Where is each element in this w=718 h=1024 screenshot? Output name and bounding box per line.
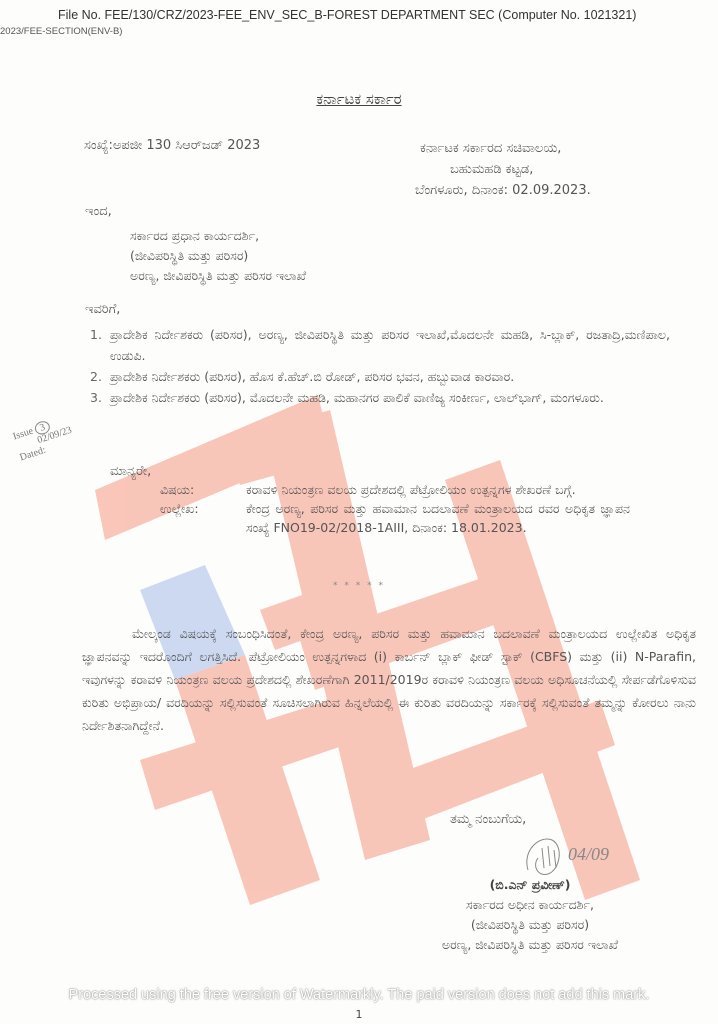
reference-number: ಸಂಖ್ಯೆ:ಅಪಜೀ 130 ಸಿಆರ್‌ಜಡ್ 2023 <box>84 138 260 153</box>
subject-row: ವಿಷಯ: ಕರಾವಳಿ ನಿಯಂತ್ರಣ ವಲಯ ಪ್ರದೇಶದಲ್ಲಿ ಪೆ… <box>160 480 630 499</box>
document-title: ಕರ್ನಾಟಕ ಸರ್ಕಾರ <box>0 90 718 108</box>
recipient-item: 1. ಪ್ರಾದೇಶಿಕ ನಿರ್ದೇಶಕರು (ಪರಿಸರ), ಅರಣ್ಯ, … <box>90 324 670 366</box>
signatory-department: ಅರಣ್ಯ, ಜೀವಿಪರಿಸ್ಥಿತಿ ಮತ್ತು ಪರಿಸರ ಇಲಾಖೆ <box>360 935 700 955</box>
recipient-text: ಪ್ರಾದೇಶಿಕ ನಿರ್ದೇಶಕರು (ಪರಿಸರ), ಹೊಸ ಕೆ.ಹೆಚ… <box>110 369 514 384</box>
reference-row: ಉಲ್ಲೇಖ: ಕೇಂದ್ರ ಅರಣ್ಯ, ಪರಿಸರ ಮತ್ತು ಹವಾಮಾನ… <box>160 499 630 537</box>
recipient-list: 1. ಪ್ರಾದೇಶಿಕ ನಿರ್ದೇಶಕರು (ಪರಿಸರ), ಅರಣ್ಯ, … <box>90 324 670 408</box>
sender-address: ಕರ್ನಾಟಕ ಸರ್ಕಾರದ ಸಚಿವಾಲಯ, ಬಹುಮಹಡಿ ಕಟ್ಟಡ, … <box>420 138 591 201</box>
signatory-designation: ಸರ್ಕಾರದ ಅಧೀನ ಕಾರ್ಯದರ್ಶಿ, <box>360 895 700 915</box>
reference-label: ಉಲ್ಲೇಖ: <box>160 499 246 537</box>
recipient-number: 2. <box>90 366 102 387</box>
address-line: ಕರ್ನಾಟಕ ಸರ್ಕಾರದ ಸಚಿವಾಲಯ, <box>420 138 591 159</box>
recipient-item: 2. ಪ್ರಾದೇಶಿಕ ನಿರ್ದೇಶಕರು (ಪರಿಸರ), ಹೊಸ ಕೆ.… <box>90 366 670 387</box>
watermark-notice: Processed using the free version of Wate… <box>0 987 718 1003</box>
signatory-name: (ಬಿ.ಎನ್ ಪ್ರವೀಣ್) <box>360 875 700 895</box>
recipient-number: 1. <box>90 324 102 345</box>
to-label: ಇವರಿಗೆ, <box>85 302 120 317</box>
subject-text: ಕರಾವಳಿ ನಿಯಂತ್ರಣ ವಲಯ ಪ್ರದೇಶದಲ್ಲಿ ಪೆಟ್ರೋಲಿ… <box>246 480 630 499</box>
signature-date: 04/09 <box>568 844 609 864</box>
from-block: ಸರ್ಕಾರದ ಪ್ರಧಾನ ಕಾರ್ಯದರ್ಶಿ, (ಜೀವಿಪರಿಸ್ಥಿತ… <box>130 226 306 286</box>
from-label: ಇಂದ, <box>85 204 112 219</box>
from-line: (ಜೀವಿಪರಿಸ್ಥಿತಿ ಮತ್ತು ಪರಿಸರ) <box>130 246 306 266</box>
closing: ತಮ್ಮ ನಂಬುಗೆಯ, <box>450 812 526 827</box>
from-line: ಸರ್ಕಾರದ ಪ್ರಧಾನ ಕಾರ್ಯದರ್ಶಿ, <box>130 226 306 246</box>
section-header: 2023/FEE-SECTION(ENV-B) <box>0 26 122 37</box>
title-text: ಕರ್ನಾಟಕ ಸರ್ಕಾರ <box>316 90 401 108</box>
signatory-block: (ಬಿ.ಎನ್ ಪ್ರವೀಣ್) ಸರ್ಕಾರದ ಅಧೀನ ಕಾರ್ಯದರ್ಶಿ… <box>360 875 700 955</box>
from-line: ಅರಣ್ಯ, ಜೀವಿಪರಿಸ್ಥಿತಿ ಮತ್ತು ಪರಿಸರ ಇಲಾಖೆ <box>130 266 306 286</box>
salutation: ಮಾನ್ಯರೇ, <box>110 464 151 479</box>
recipient-text: ಪ್ರಾದೇಶಿಕ ನಿರ್ದೇಶಕರು (ಪರಿಸರ), ಅರಣ್ಯ, ಜೀವ… <box>110 327 670 363</box>
address-line: ಬಹುಮಹಡಿ ಕಟ್ಟಡ, <box>420 159 591 180</box>
separator: * * * * * <box>0 581 718 591</box>
signatory-designation: (ಜೀವಿಪರಿಸ್ಥಿತಿ ಮತ್ತು ಪರಿಸರ) <box>360 915 700 935</box>
address-line-date: ಬೆಂಗಳೂರು, ದಿನಾಂಕ: 02.09.2023. <box>415 180 591 201</box>
subject-label: ವಿಷಯ: <box>160 480 246 499</box>
body-paragraph: ಮೇಲ್ಕಂಡ ವಿಷಯಕ್ಕೆ ಸಂಬಂಧಿಸಿದಂತೆ, ಕೇಂದ್ರ ಅರ… <box>82 622 696 737</box>
subject-block: ವಿಷಯ: ಕರಾವಳಿ ನಿಯಂತ್ರಣ ವಲಯ ಪ್ರದೇಶದಲ್ಲಿ ಪೆ… <box>160 480 630 537</box>
recipient-text: ಪ್ರಾದೇಶಿಕ ನಿರ್ದೇಶಕರು (ಪರಿಸರ), ಮೊದಲನೇ ಮಹಡ… <box>110 390 604 405</box>
file-number-header: File No. FEE/130/CRZ/2023-FEE_ENV_SEC_B-… <box>58 8 636 22</box>
recipient-item: 3. ಪ್ರಾದೇಶಿಕ ನಿರ್ದೇಶಕರು (ಪರಿಸರ), ಮೊದಲನೇ … <box>90 387 670 408</box>
reference-text: ಕೇಂದ್ರ ಅರಣ್ಯ, ಪರಿಸರ ಮತ್ತು ಹವಾಮಾನ ಬದಲಾವಣೆ… <box>246 499 630 537</box>
page-number: 1 <box>0 1008 718 1021</box>
